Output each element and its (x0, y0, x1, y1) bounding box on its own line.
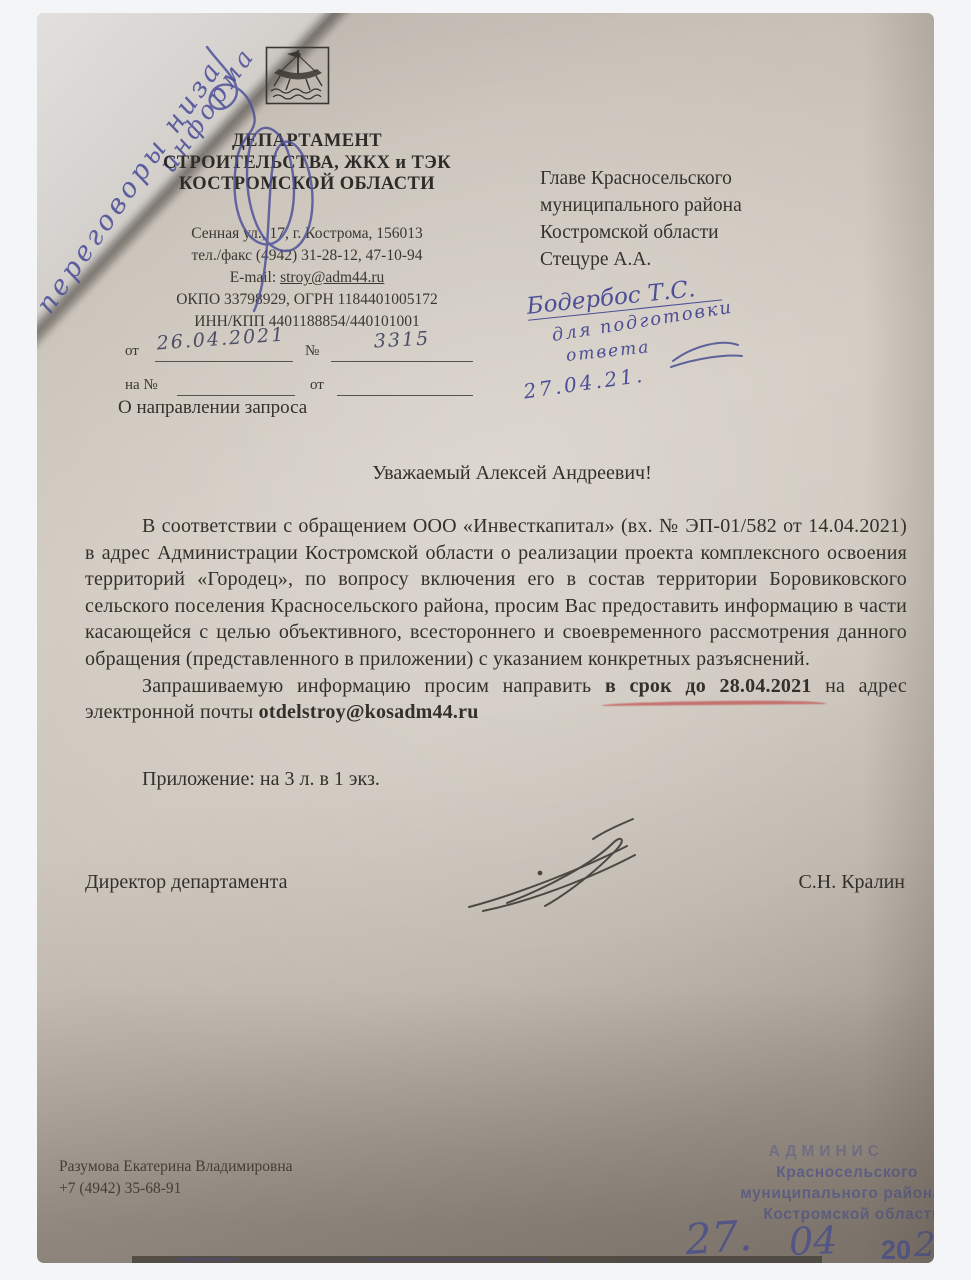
sender-contact-block: Сенная ул., 17, г. Кострома, 156013 тел.… (67, 223, 547, 333)
addressee-block: Главе Красносельского муниципального рай… (540, 165, 742, 273)
executor-phone: +7 (4942) 35-68-91 (59, 1178, 293, 1200)
addressee-line1: Главе Красносельского (540, 165, 742, 192)
stamp-line1: АДМИНИС (642, 1141, 934, 1162)
coat-of-arms-icon (265, 46, 331, 108)
stamp-date-month: 04 (788, 1218, 838, 1263)
sender-address: Сенная ул., 17, г. Кострома, 156013 (67, 223, 547, 245)
letter-photo: переговоры низа информа ДЕПАРТАМЕНТ СТРО… (37, 13, 934, 1263)
reply-email: otdelstroy@kosadm44.ru (259, 701, 479, 723)
letter-body: В соответствии с обращением ООО «Инвестк… (85, 513, 907, 726)
sender-org-line3: КОСТРОМСКОЙ ОБЛАСТИ (67, 174, 547, 196)
sender-org-block: ДЕПАРТАМЕНТ СТРОИТЕЛЬСТВА, ЖКХ и ТЭК КОС… (67, 131, 547, 196)
sender-email-line: E-mail: stroy@adm44.ru (67, 267, 547, 289)
deadline-text-underlined: в срок до 28.04.2021 (605, 675, 812, 697)
ref-from-label: от (125, 343, 139, 360)
signature-title: Директор департамента (85, 871, 287, 894)
signature-name: С.Н. Кралин (798, 871, 905, 894)
ref-number-blank-line (331, 361, 473, 362)
stamp-date-day: 27. (683, 1211, 753, 1263)
ref-date-blank-line (155, 361, 293, 362)
addressee-line4: Стецуре А.А. (540, 246, 742, 273)
attachment-line: Приложение: на 3 л. в 1 экз. (85, 768, 380, 791)
salutation: Уважаемый Алексей Андреевич! (92, 462, 932, 485)
sender-org-line1: ДЕПАРТАМЕНТ (67, 131, 547, 153)
stamp-date-year-handwritten: 2 (914, 1225, 934, 1263)
sender-okpo: ОКПО 33798929, ОГРН 1184401005172 (67, 289, 547, 311)
resolution-note: Бодербос Т.С. для подготовки ответа (525, 273, 737, 373)
addressee-line3: Костромской области (540, 219, 742, 246)
paragraph-1: В соответствии с обращением ООО «Инвестк… (85, 513, 907, 673)
attachment-text: Приложение: на 3 л. в 1 экз. (142, 768, 380, 790)
incoming-stamp: АДМИНИС Красносельского муниципального р… (642, 1141, 934, 1225)
paragraph-2: Запрашиваемую информацию просим направит… (85, 673, 907, 726)
stamp-date-year-printed: 20 (881, 1235, 911, 1263)
subject-line: О направлении запроса (118, 397, 307, 419)
screenshot-root: { "doc": { "corner_note": { "line1": "пе… (0, 0, 971, 1280)
sender-email: stroy@adm44.ru (280, 269, 384, 286)
addressee-line2: муниципального района (540, 192, 742, 219)
stamp-line2: Красносельского (642, 1162, 934, 1183)
email-label: E-mail: (230, 269, 280, 286)
executor-block: Разумова Екатерина Владимировна +7 (4942… (59, 1156, 293, 1200)
ref-on-number-blank-line (177, 395, 295, 396)
ref-on-number-label: на № (125, 377, 158, 394)
director-signature-icon (469, 819, 635, 911)
executor-name: Разумова Екатерина Владимировна (59, 1156, 293, 1178)
paragraph-2-start: Запрашиваемую информацию просим направит… (142, 675, 605, 697)
sender-org-line2: СТРОИТЕЛЬСТВА, ЖКХ и ТЭК (67, 153, 547, 175)
stamp-line3: муниципального района (642, 1183, 934, 1204)
ref-on-from-blank-line (337, 395, 473, 396)
sender-phone: тел./факс (4942) 31-28-12, 47-10-94 (67, 245, 547, 267)
sender-inn: ИНН/КПП 4401188854/440101001 (67, 311, 547, 333)
ref-number-label: № (305, 343, 319, 360)
ref-on-from-label: от (310, 377, 324, 394)
